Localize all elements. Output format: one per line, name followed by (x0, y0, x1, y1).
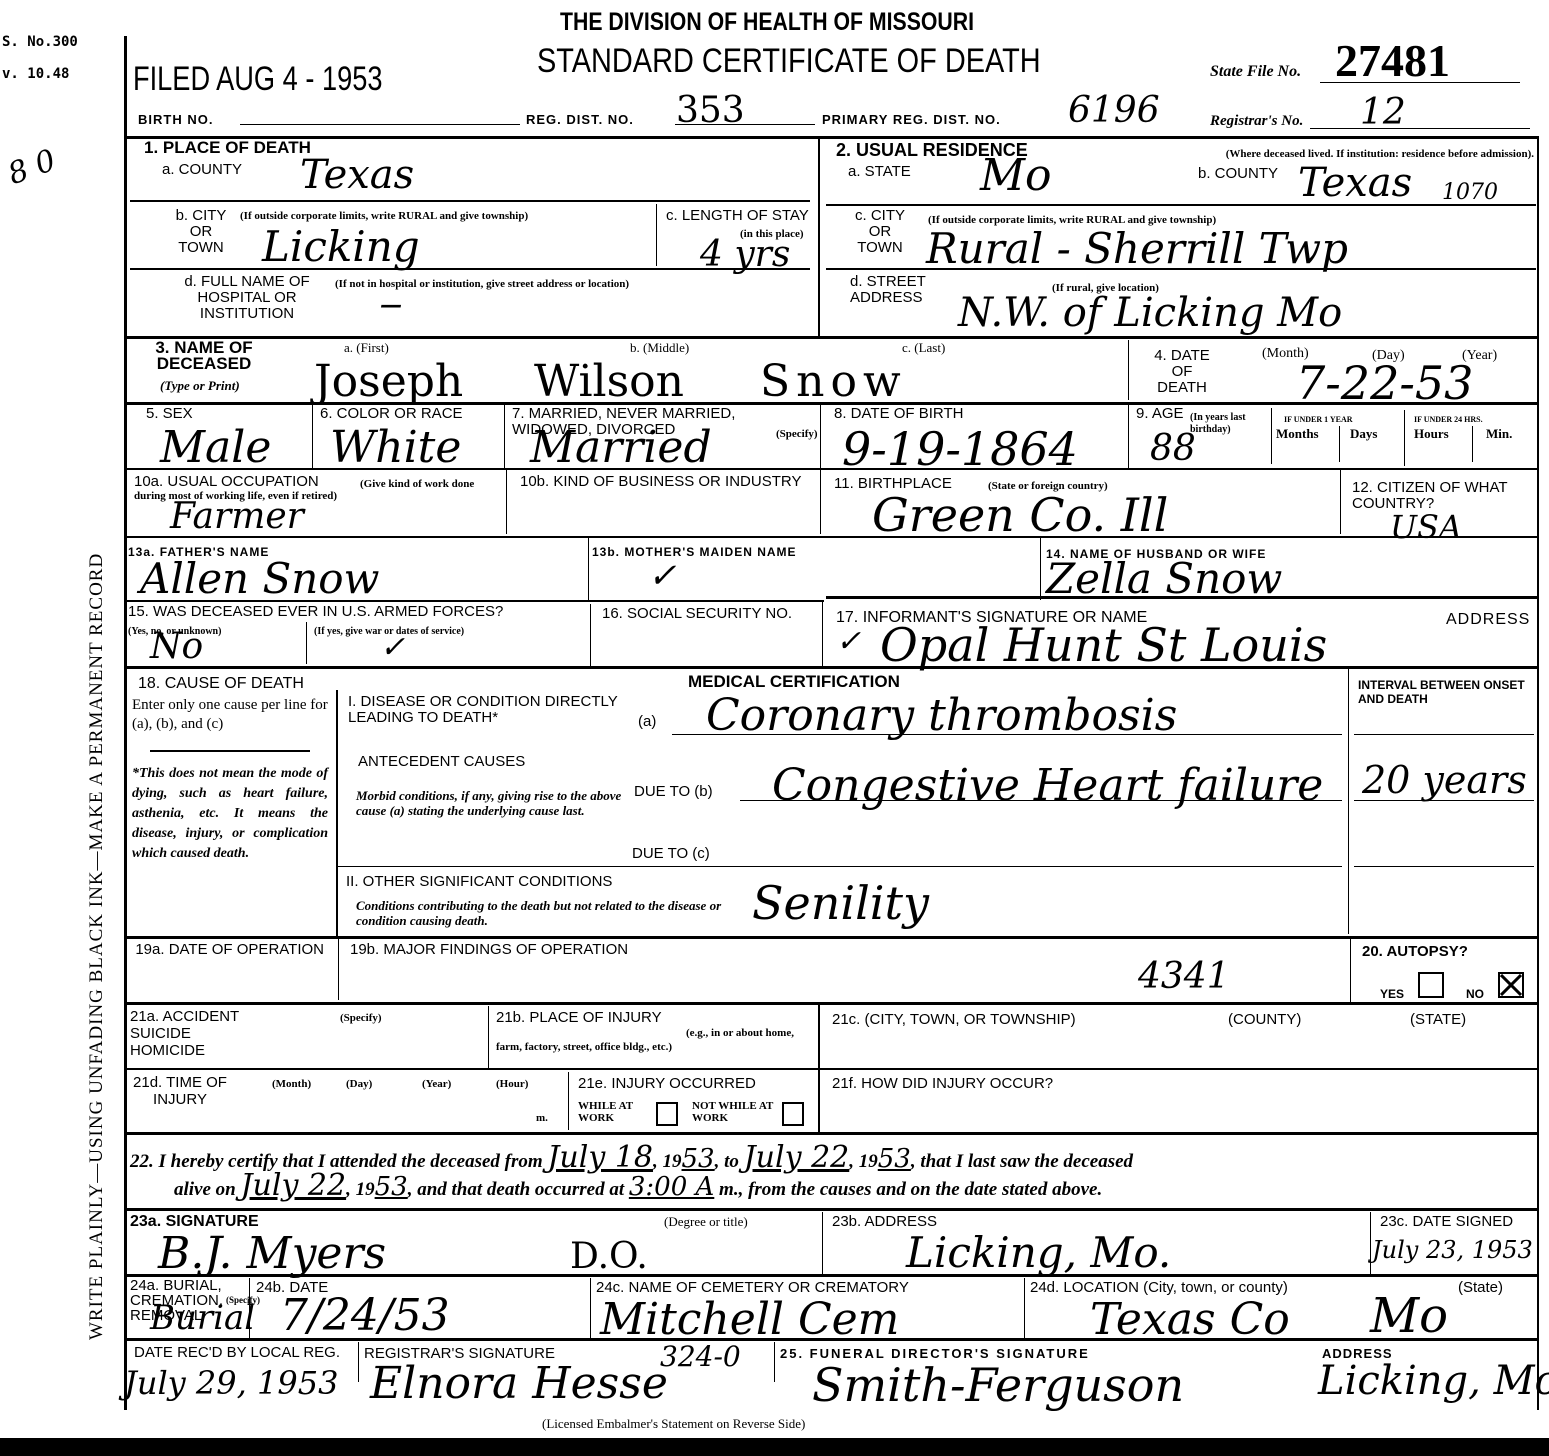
res-county-value: Texas (1298, 160, 1412, 206)
injury-day-label: (Day) (346, 1078, 372, 1090)
registrar-number: 12 (1360, 92, 1406, 133)
date-received-label: DATE REC'D BY LOCAL REG. (130, 1344, 340, 1361)
cert-line-1: 22. I hereby certify that I attended the… (130, 1150, 1133, 1169)
res-state-label: a. STATE (848, 164, 911, 180)
agency-name: THE DIVISION OF HEALTH OF MISSOURI (560, 8, 974, 37)
while-at-work-checkbox[interactable] (656, 1102, 678, 1126)
death-county-value: Texas (300, 152, 414, 198)
hospital-note: (If not in hospital or institution, give… (335, 278, 629, 290)
op-code-value: 4341 (1138, 956, 1230, 997)
res-state-value: Mo (980, 150, 1052, 201)
physician-address: Licking, Mo. (906, 1228, 1171, 1277)
death-time: 3:00 A (629, 1172, 714, 1202)
res-city-label: c. CITY OR TOWN (850, 208, 910, 256)
margin-scribble: 8 0 (3, 143, 60, 192)
autopsy-label: 20. AUTOPSY? (1362, 944, 1468, 960)
last-seen-date: July 22 (241, 1168, 347, 1203)
months-label: Months (1276, 428, 1319, 440)
hospital-value: — (380, 292, 402, 318)
injury-place-note: (e.g., in or about home, farm, factory, … (496, 1026, 816, 1054)
cause-of-death-label: 18. CAUSE OF DEATH (138, 676, 304, 692)
part1-label: I. DISEASE OR CONDITION DIRECTLY LEADING… (348, 694, 638, 726)
injury-year-label: (Year) (422, 1078, 451, 1090)
city-label: b. CITY OR TOWN (166, 208, 236, 256)
registrar-signature: Elnora Hesse (370, 1358, 668, 1409)
occupation-value: Farmer (170, 496, 304, 537)
last-seen-year: 53 (375, 1172, 408, 1202)
sex-value: Male (160, 422, 271, 473)
physician-degree: D.O. (570, 1236, 648, 1277)
form-number: S. No.300 (2, 36, 78, 48)
how-injury-label: 21f. HOW DID INJURY OCCUR? (832, 1076, 1053, 1092)
not-while-at-work-label: NOT WHILE AT WORK (692, 1100, 776, 1124)
cause-b-value: Congestive Heart failure (772, 760, 1323, 811)
under-year-label: IF UNDER 1 YEAR (1284, 414, 1353, 426)
date-received-value: July 29, 1953 (124, 1364, 338, 1402)
injury-place-label: 21b. PLACE OF INJURY (496, 1010, 662, 1026)
left-border (124, 36, 127, 1410)
attended-from-year: 53 (682, 1144, 715, 1174)
age-value: 88 (1150, 428, 1196, 469)
right-border (1537, 138, 1539, 1410)
usual-residence-note: (Where deceased lived. If institution: r… (1104, 148, 1534, 160)
age-note: (In years last birthday) (1190, 412, 1270, 436)
state-file-label: State File No. (1210, 64, 1301, 79)
first-name-value: Joseph (314, 356, 463, 407)
scan-edge (0, 1438, 1549, 1456)
autopsy-yes-checkbox[interactable] (1418, 972, 1444, 998)
armed-forces-label: 15. WAS DECEASED EVER IN U.S. ARMED FORC… (128, 604, 503, 620)
age-label: 9. AGE (1136, 406, 1184, 422)
attended-to-year: 53 (878, 1144, 911, 1174)
injury-m-label: m. (536, 1112, 548, 1124)
war-value: ✓ (380, 630, 405, 665)
hospital-label: d. FULL NAME OF HOSPITAL OR INSTITUTION (162, 274, 332, 322)
date-signed-label: 23c. DATE SIGNED (1380, 1214, 1513, 1230)
dob-label: 8. DATE OF BIRTH (834, 406, 963, 422)
city-note: (If outside corporate limits, write RURA… (240, 210, 650, 222)
autopsy-no-label: NO (1466, 986, 1484, 1002)
place-of-death-label: 1. PLACE OF DEATH (144, 140, 311, 156)
state-file-number: 27481 (1335, 34, 1450, 87)
attended-to-date: July 22 (744, 1140, 850, 1175)
form-revision: v. 10.48 (2, 68, 69, 80)
medical-cert-title: MEDICAL CERTIFICATION (688, 674, 900, 690)
other-conditions-value: Senility (752, 876, 929, 930)
injury-occurred-label: 21e. INJURY OCCURRED (578, 1076, 756, 1092)
op-date-label: 19a. DATE OF OPERATION (134, 942, 324, 958)
antecedent-note: Morbid conditions, if any, giving rise t… (356, 788, 628, 818)
interval-label: INTERVAL BETWEEN ONSET AND DEATH (1358, 678, 1528, 706)
length-of-stay-label: c. LENGTH OF STAY (666, 208, 809, 224)
while-at-work-label: WHILE AT WORK (578, 1100, 650, 1124)
injury-hour-label: (Hour) (496, 1078, 528, 1090)
birth-no-label: BIRTH NO. (138, 112, 213, 128)
part1-a-label: (a) (638, 714, 656, 730)
min-label: Min. (1486, 428, 1512, 440)
hours-label: Hours (1414, 428, 1449, 440)
res-street-label: d. STREET ADDRESS (850, 274, 930, 306)
father-value: Allen Snow (140, 554, 380, 603)
injury-city-label: 21c. (CITY, TOWN, OR TOWNSHIP) (832, 1012, 1076, 1028)
not-while-at-work-checkbox[interactable] (782, 1102, 804, 1126)
armed-forces-value: No (150, 626, 203, 667)
informant-address-label: ADDRESS (1446, 612, 1530, 628)
physician-signature: B.J. Myers (158, 1228, 386, 1279)
birthplace-value: Green Co. Ill (872, 488, 1168, 542)
name-label: 3. NAME OF DECEASED (144, 340, 264, 372)
primary-reg-dist-label: PRIMARY REG. DIST. NO. (822, 112, 1001, 128)
sex-label: 5. SEX (146, 406, 193, 422)
mother-value: ✓ (648, 556, 677, 596)
burial-state-value: Mo (1370, 1288, 1448, 1344)
county-label: a. COUNTY (162, 162, 242, 178)
funeral-director-signature: Smith-Ferguson (812, 1358, 1184, 1412)
due-to-b-label: DUE TO (b) (634, 784, 713, 800)
cause-footnote: *This does not mean the mode of dying, s… (132, 764, 328, 864)
middle-name-label: b. (Middle) (630, 342, 689, 354)
embalmer-note: (Licensed Embalmer's Statement on Revers… (542, 1418, 805, 1430)
informant-value: Opal Hunt St Louis (880, 618, 1327, 672)
injury-time-label: 21d. TIME OF INJURY (130, 1074, 230, 1108)
race-label: 6. COLOR OR RACE (320, 406, 463, 422)
burial-date-value: 7/24/53 (280, 1290, 450, 1341)
filed-stamp: FILED AUG 4 - 1953 (133, 60, 382, 99)
ssn-label: 16. SOCIAL SECURITY NO. (602, 606, 812, 622)
part2-label: II. OTHER SIGNIFICANT CONDITIONS (346, 874, 612, 890)
citizen-value: USA (1390, 508, 1462, 546)
injury-month-label: (Month) (272, 1078, 311, 1090)
name-note: (Type or Print) (160, 378, 240, 393)
checkmark-x-icon (1500, 974, 1522, 996)
funeral-address-value: Licking, Mo (1318, 1358, 1549, 1404)
interval-b-value: 20 years (1362, 758, 1527, 802)
vertical-ink-note: WRITE PLAINLY—USING UNFADING BLACK INK—M… (86, 240, 108, 1340)
res-county-label: b. COUNTY (1198, 166, 1278, 182)
res-street-value: N.W. of Licking Mo (958, 290, 1342, 336)
last-name-label: c. (Last) (902, 342, 945, 354)
burial-type-value: Burial (150, 1298, 255, 1338)
marital-value: Married (530, 422, 712, 473)
middle-name-value: Wilson (534, 356, 684, 407)
days-label: Days (1350, 428, 1377, 440)
industry-label: 10b. KIND OF BUSINESS OR INDUSTRY (520, 474, 810, 490)
informant-check: ✓ (836, 624, 861, 659)
injury-state-label: (STATE) (1410, 1012, 1466, 1028)
reg-dist-label: REG. DIST. NO. (526, 112, 634, 128)
mother-label: 13b. MOTHER'S MAIDEN NAME (592, 544, 797, 560)
part2-note: Conditions contributing to the death but… (356, 898, 736, 928)
res-county-code: 1070 (1442, 180, 1498, 205)
cause-instructions: Enter only one cause per line for (a), (… (132, 696, 328, 734)
registrar-no-label: Registrar's No. (1210, 114, 1303, 129)
due-to-c-label: DUE TO (c) (632, 846, 710, 862)
death-city-value: Licking (262, 222, 420, 271)
autopsy-no-checkbox[interactable] (1498, 972, 1524, 998)
marital-note: (Specify) (776, 428, 818, 440)
accident-specify: (Specify) (340, 1012, 382, 1024)
last-name-value: Snow (760, 356, 907, 407)
certificate-title: STANDARD CERTIFICATE OF DEATH (537, 42, 1041, 81)
burial-state-label: (State) (1458, 1280, 1503, 1296)
date-signed-value: July 23, 1953 (1372, 1236, 1533, 1264)
accident-label: 21a. ACCIDENT SUICIDE HOMICIDE (130, 1008, 240, 1059)
degree-label: (Degree or title) (664, 1216, 748, 1228)
primary-reg-dist-number: 6196 (1068, 90, 1160, 131)
attended-from-date: July 18 (547, 1140, 653, 1175)
antecedent-label: ANTECEDENT CAUSES (358, 754, 525, 770)
autopsy-yes-label: YES (1380, 986, 1404, 1002)
injury-county-label: (COUNTY) (1228, 1012, 1301, 1028)
registrar-code: 324-0 (660, 1340, 741, 1373)
date-of-death-label: 4. DATE OF DEATH (1152, 348, 1212, 396)
race-value: White (330, 422, 461, 473)
res-city-value: Rural - Sherrill Twp (926, 224, 1348, 273)
under-24hrs-label: IF UNDER 24 HRS. (1414, 414, 1483, 426)
first-name-label: a. (First) (344, 342, 389, 354)
cert-line-2: alive on July 22, 1953, and that death o… (174, 1178, 1102, 1197)
op-findings-label: 19b. MAJOR FINDINGS OF OPERATION (350, 942, 628, 958)
